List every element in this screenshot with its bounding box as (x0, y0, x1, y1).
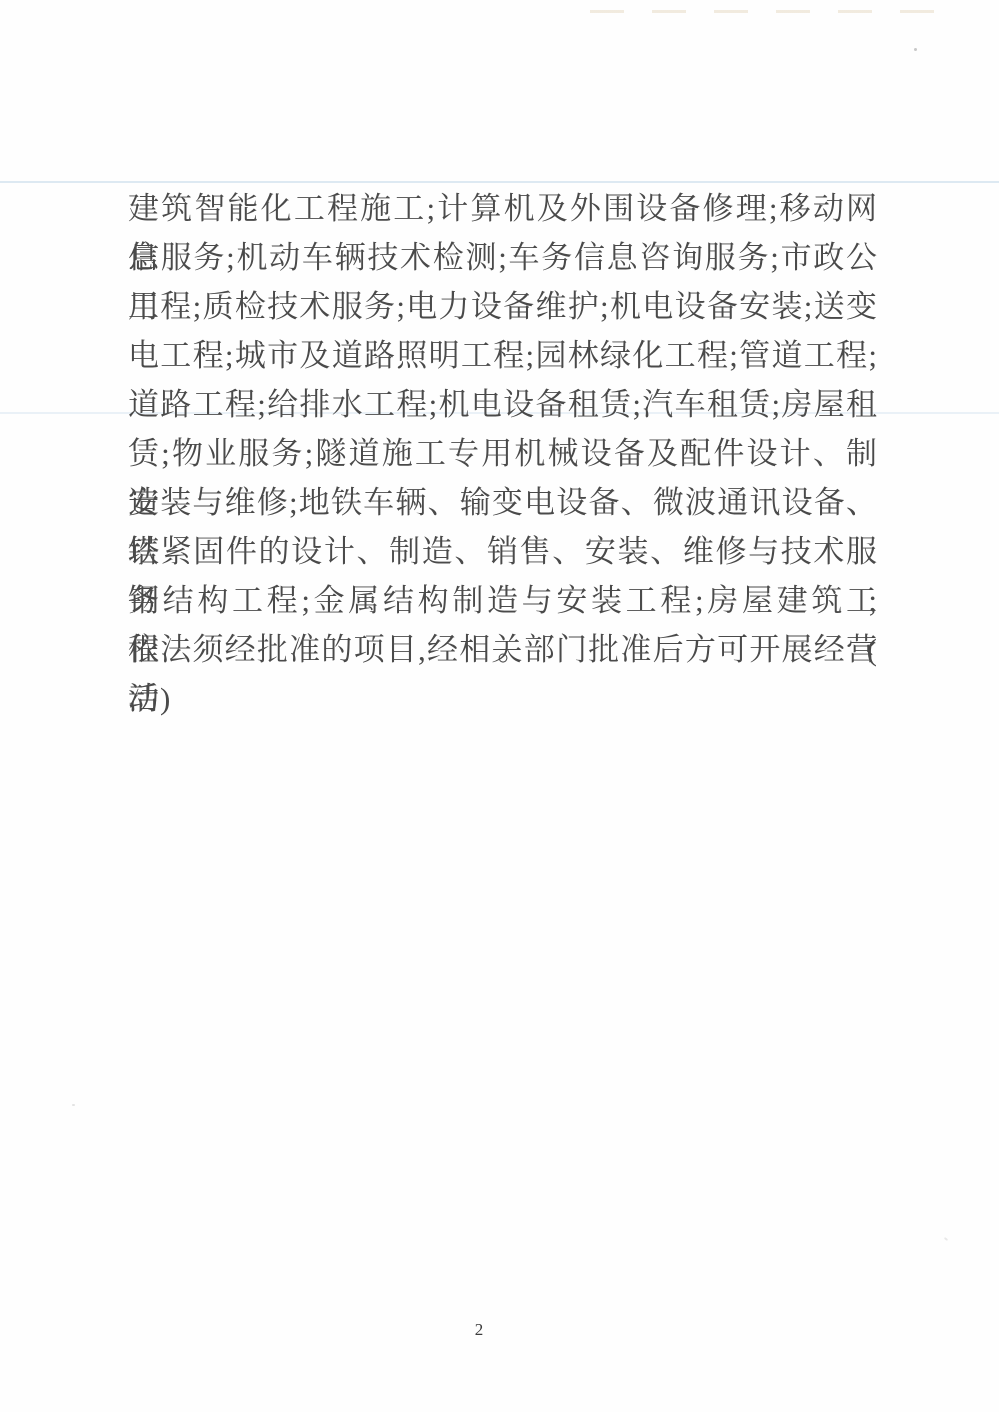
text-line: 建筑智能化工程施工;计算机及外围设备修理;移动网信 (128, 184, 878, 233)
text-line: 息服务;机动车辆技术检测;车务信息咨询服务;市政公用 (128, 233, 878, 282)
scan-artifact-line-top (0, 181, 999, 183)
text-line: 道路工程;给排水工程;机电设备租赁;汽车租赁;房屋租 (128, 380, 878, 429)
text-line: 安装与维修;地铁车辆、输变电设备、微波通讯设备、铁 (128, 478, 878, 527)
scan-speck (914, 48, 917, 51)
text-line: 工程;质检技术服务;电力设备维护;机电设备安装;送变 (128, 282, 878, 331)
page-number: 2 (0, 1320, 958, 1340)
scan-speck (944, 1237, 948, 1241)
text-line: 塔紧固件的设计、制造、销售、安装、维修与技术服务; (128, 527, 878, 576)
text-line: 动) (128, 674, 878, 723)
document-body: 建筑智能化工程施工;计算机及外围设备修理;移动网信息服务;机动车辆技术检测;车务… (128, 184, 878, 723)
scan-artifact-dashes (590, 10, 950, 13)
scan-speck (72, 1104, 75, 1106)
text-line: 钢结构工程;金属结构制造与安装工程;房屋建筑工程。( (128, 576, 878, 625)
text-line: 电工程;城市及道路照明工程;园林绿化工程;管道工程; (128, 331, 878, 380)
document-page: 建筑智能化工程施工;计算机及外围设备修理;移动网信息服务;机动车辆技术检测;车务… (0, 0, 999, 1412)
text-line: 赁;物业服务;隧道施工专用机械设备及配件设计、制造、 (128, 429, 878, 478)
text-line: 依法须经批准的项目,经相关部门批准后方可开展经营活 (128, 625, 878, 674)
